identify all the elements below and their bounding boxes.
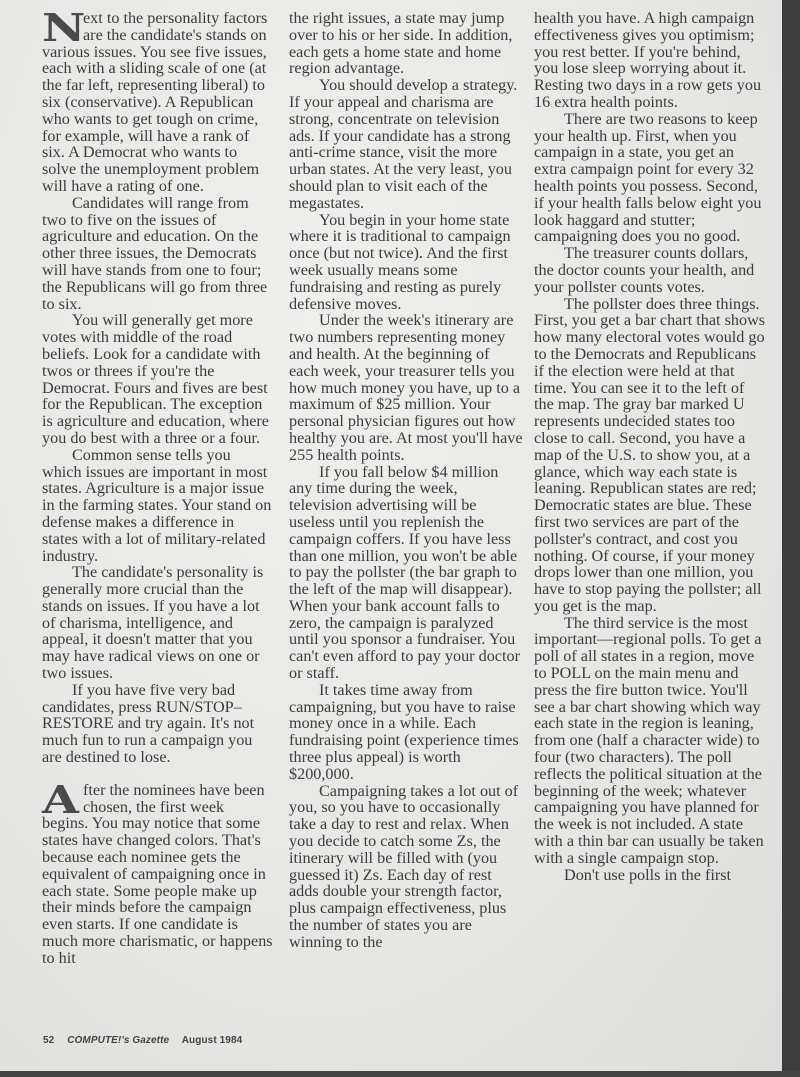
article-column-2: the right issues, a state may jump over … — [289, 10, 523, 951]
article-paragraph: The candidate's personality is generally… — [42, 564, 274, 682]
article-paragraph: If you fall below $4 million any time du… — [289, 464, 523, 682]
article-paragraph: After the nominees have been chosen, the… — [42, 782, 274, 967]
article-paragraph: You should develop a strategy. If your a… — [289, 77, 523, 211]
article-paragraph-continued: the right issues, a state may jump over … — [289, 10, 523, 77]
magazine-page: Next to the personality factors are the … — [0, 0, 782, 1072]
issue-date: August 1984 — [182, 1035, 243, 1046]
page-footer: 52 COMPUTE!'s Gazette August 1984 — [43, 1035, 252, 1046]
article-column-3: health you have. A high campaign effecti… — [534, 10, 768, 883]
article-paragraph: If you have five very bad candidates, pr… — [42, 682, 274, 766]
article-paragraph: Under the week's itinerary are two numbe… — [289, 312, 523, 463]
article-paragraph: Campaigning takes a lot out of you, so y… — [289, 783, 523, 951]
article-paragraph: You begin in your home state where it is… — [289, 212, 523, 313]
article-paragraph: The treasurer counts dollars, the doctor… — [534, 245, 768, 295]
article-paragraph: Common sense tells you which issues are … — [42, 447, 274, 565]
magazine-title: COMPUTE!'s Gazette — [67, 1035, 169, 1046]
article-column-1: Next to the personality factors are the … — [42, 10, 274, 967]
article-paragraph: It takes time away from campaigning, but… — [289, 682, 523, 783]
drop-cap-letter: A — [42, 785, 87, 815]
page-bottom-edge — [0, 1071, 800, 1077]
article-paragraph: The pollster does three things. First, y… — [534, 296, 768, 615]
article-paragraph: The third service is the most important—… — [534, 615, 768, 867]
page-number: 52 — [43, 1035, 54, 1046]
article-paragraph-continued: health you have. A high campaign effecti… — [534, 10, 768, 111]
drop-cap-letter: N — [42, 13, 87, 43]
article-paragraph: Don't use polls in the first — [534, 867, 768, 884]
article-paragraph: Next to the personality factors are the … — [42, 10, 274, 195]
page-binding-edge — [782, 0, 800, 1077]
article-paragraph: Candidates will range from two to five o… — [42, 195, 274, 313]
article-paragraph: You will generally get more votes with m… — [42, 312, 274, 446]
article-paragraph: There are two reasons to keep your healt… — [534, 111, 768, 245]
